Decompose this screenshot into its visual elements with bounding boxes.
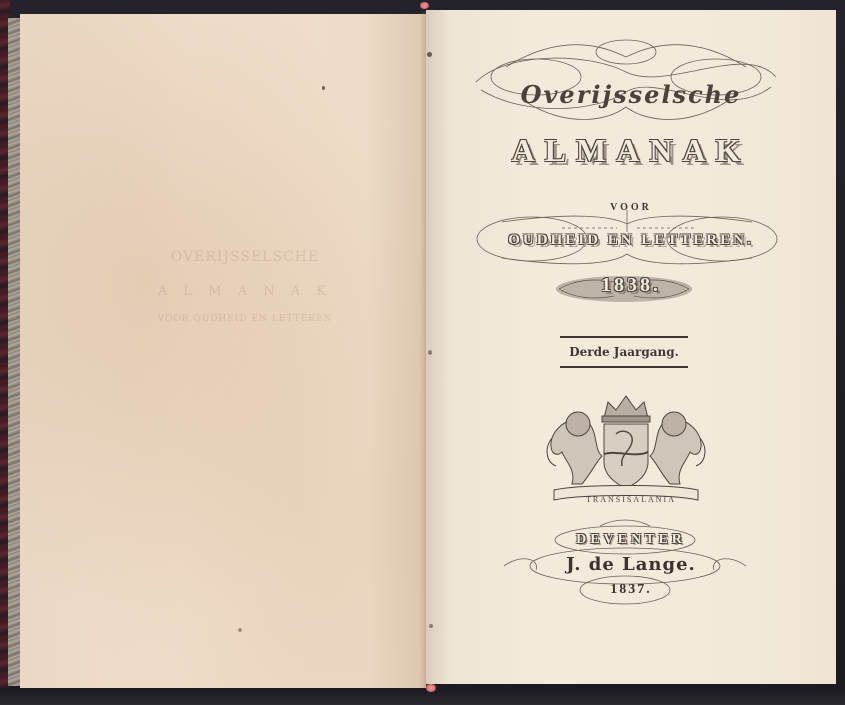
- ink-speck: [238, 628, 242, 632]
- edition-label: Derde Jaargang.: [569, 345, 679, 359]
- almanac-year: 1838.: [426, 274, 836, 297]
- arms-motto: TRANSISALANIA: [426, 495, 836, 504]
- imprint-year: 1837.: [426, 582, 836, 598]
- headband-mark: [426, 684, 436, 692]
- ink-speck: [322, 86, 325, 90]
- book-scan: OVERIJSSELSCHE A L M A N A K VOOR OUDHEI…: [0, 0, 845, 705]
- subtitle: OUDHEID EN LETTEREN.: [426, 232, 836, 249]
- title-connector: VOOR: [426, 202, 836, 213]
- title-script: Overijsselsche: [426, 80, 836, 109]
- headband-mark: [420, 2, 429, 9]
- imprint-publisher: J. de Lange.: [426, 554, 836, 575]
- title-main: ALMANAK: [426, 132, 836, 169]
- bleed-through-line: A L M A N A K: [130, 284, 360, 299]
- bleed-through-line: OVERIJSSELSCHE: [130, 249, 360, 265]
- binding-thread-mark: [429, 624, 433, 628]
- bleed-through-line: VOOR OUDHEID EN LETTEREN: [130, 314, 360, 324]
- binding-thread-mark: [428, 350, 432, 355]
- edition-box: Derde Jaargang.: [560, 336, 688, 368]
- imprint-place: DEVENTER: [426, 532, 836, 548]
- coat-of-arms-icon: [542, 392, 710, 504]
- binding-bottom-edge: [0, 688, 845, 705]
- right-page: Overijsselsche ALMANAK VOOR OUDHEID EN L…: [426, 10, 836, 684]
- left-page: OVERIJSSELSCHE A L M A N A K VOOR OUDHEI…: [20, 14, 426, 688]
- binding-thread-mark: [427, 52, 432, 57]
